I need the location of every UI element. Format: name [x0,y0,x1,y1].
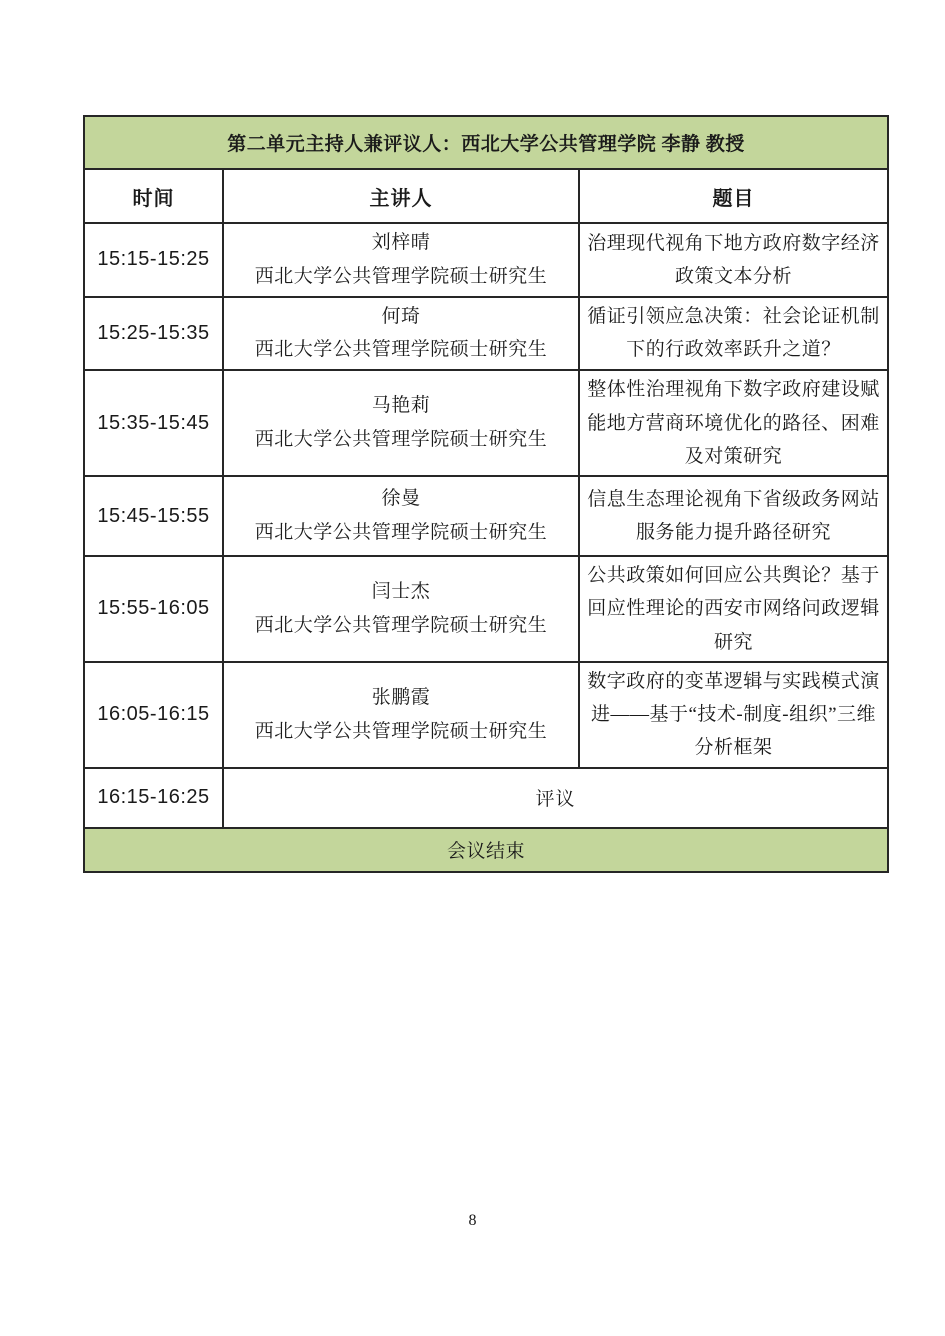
column-header-speaker: 主讲人 [223,169,579,223]
speaker-cell: 闫士杰 西北大学公共管理学院硕士研究生 [223,556,579,662]
speaker-cell: 马艳莉 西北大学公共管理学院硕士研究生 [223,370,579,476]
title-cell: 治理现代视角下地方政府数字经济政策文本分析 [579,223,888,297]
speaker-name: 马艳莉 [230,389,572,423]
speaker-name: 徐曼 [230,482,572,516]
speaker-affiliation: 西北大学公共管理学院硕士研究生 [230,260,572,294]
table-row: 15:55-16:05 闫士杰 西北大学公共管理学院硕士研究生 公共政策如何回应… [84,556,888,662]
session-schedule-table: 第二单元主持人兼评议人：西北大学公共管理学院 李静 教授 时间 主讲人 题目 1… [83,115,889,873]
speaker-cell: 何琦 西北大学公共管理学院硕士研究生 [223,297,579,371]
column-header-time: 时间 [84,169,223,223]
title-cell: 信息生态理论视角下省级政务网站服务能力提升路径研究 [579,476,888,556]
time-cell: 16:15-16:25 [84,768,223,828]
time-cell: 15:15-15:25 [84,223,223,297]
title-cell: 整体性治理视角下数字政府建设赋能地方营商环境优化的路径、困难及对策研究 [579,370,888,476]
time-cell: 15:25-15:35 [84,297,223,371]
speaker-name: 何琦 [230,300,572,334]
speaker-cell: 张鹏霞 西北大学公共管理学院硕士研究生 [223,662,579,768]
speaker-name: 闫士杰 [230,575,572,609]
table-row: 16:05-16:15 张鹏霞 西北大学公共管理学院硕士研究生 数字政府的变革逻… [84,662,888,768]
time-cell: 15:55-16:05 [84,556,223,662]
speaker-affiliation: 西北大学公共管理学院硕士研究生 [230,715,572,749]
page-number: 8 [0,1212,945,1230]
speaker-name: 张鹏霞 [230,681,572,715]
review-row: 16:15-16:25 评议 [84,768,888,828]
session-header: 第二单元主持人兼评议人：西北大学公共管理学院 李静 教授 [84,116,888,169]
speaker-affiliation: 西北大学公共管理学院硕士研究生 [230,516,572,550]
table-row: 15:35-15:45 马艳莉 西北大学公共管理学院硕士研究生 整体性治理视角下… [84,370,888,476]
title-cell: 循证引领应急决策：社会论证机制下的行政效率跃升之道？ [579,297,888,371]
table-row: 15:15-15:25 刘梓晴 西北大学公共管理学院硕士研究生 治理现代视角下地… [84,223,888,297]
title-cell: 数字政府的变革逻辑与实践模式演进——基于“技术-制度-组织”三维分析框架 [579,662,888,768]
session-header-row: 第二单元主持人兼评议人：西北大学公共管理学院 李静 教授 [84,116,888,169]
speaker-affiliation: 西北大学公共管理学院硕士研究生 [230,333,572,367]
review-cell: 评议 [223,768,888,828]
session-footer-row: 会议结束 [84,828,888,872]
title-cell: 公共政策如何回应公共舆论？基于回应性理论的西安市网络问政逻辑研究 [579,556,888,662]
column-header-title: 题目 [579,169,888,223]
speaker-affiliation: 西北大学公共管理学院硕士研究生 [230,609,572,643]
time-cell: 15:45-15:55 [84,476,223,556]
column-header-row: 时间 主讲人 题目 [84,169,888,223]
speaker-cell: 刘梓晴 西北大学公共管理学院硕士研究生 [223,223,579,297]
time-cell: 16:05-16:15 [84,662,223,768]
session-footer: 会议结束 [84,828,888,872]
table-row: 15:45-15:55 徐曼 西北大学公共管理学院硕士研究生 信息生态理论视角下… [84,476,888,556]
time-cell: 15:35-15:45 [84,370,223,476]
speaker-cell: 徐曼 西北大学公共管理学院硕士研究生 [223,476,579,556]
speaker-affiliation: 西北大学公共管理学院硕士研究生 [230,423,572,457]
table-row: 15:25-15:35 何琦 西北大学公共管理学院硕士研究生 循证引领应急决策：… [84,297,888,371]
speaker-name: 刘梓晴 [230,226,572,260]
